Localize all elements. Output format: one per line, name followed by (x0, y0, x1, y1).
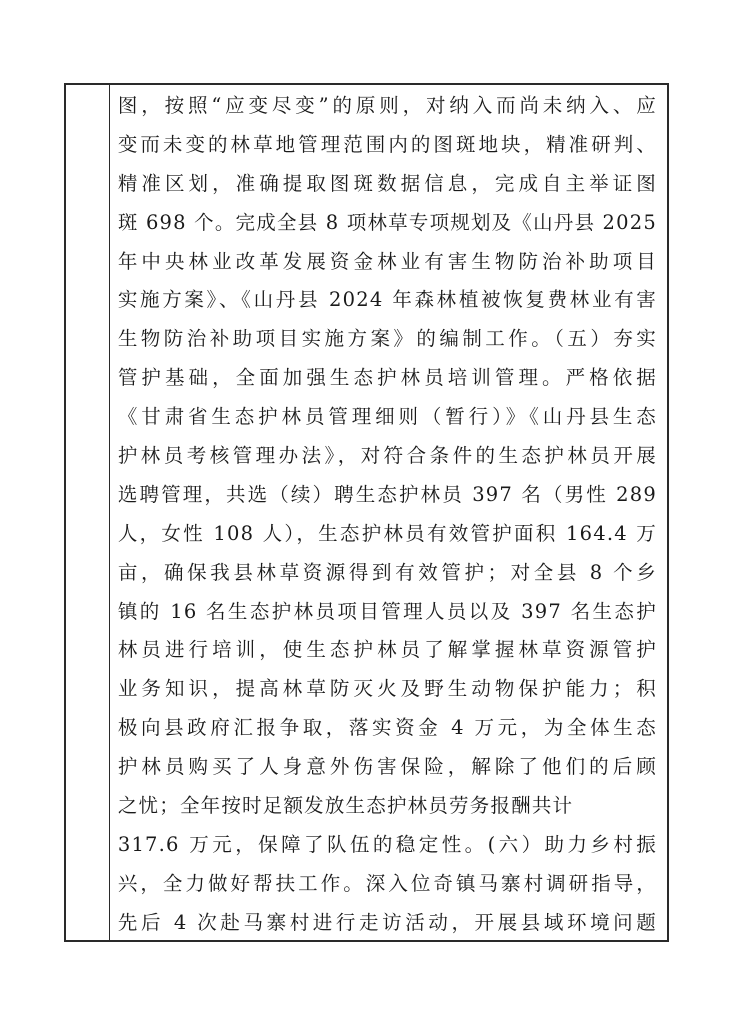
paragraph-line: 护林员购买了人身意外伤害保险，解除了他们的后顾 (118, 748, 657, 787)
paragraph-line: 斑 698 个。完成全县 8 项林草专项规划及《山丹县 2025 (118, 204, 657, 243)
paragraph-line: 精准区划，准确提取图斑数据信息，完成自主举证图 (118, 165, 657, 204)
paragraph-line: 人，女性 108 人），生态护林员有效管护面积 164.4 万 (118, 515, 657, 554)
paragraph-line: 先后 4 次赴马寨村进行走访活动，开展县域环境问题 (118, 904, 657, 943)
paragraph-line: 林员进行培训，使生态护林员了解掌握林草资源管护 (118, 631, 657, 670)
paragraph-line: 之忧；全年按时足额发放生态护林员劳务报酬共计 (118, 787, 657, 826)
paragraph-line: 《甘肃省生态护林员管理细则（暂行）》《山丹县生态 (118, 398, 657, 437)
paragraph-line: 317.6 万元，保障了队伍的稳定性。(六）助力乡村振 (118, 826, 657, 865)
paragraph-line: 图，按照“应变尽变”的原则，对纳入而尚未纳入、应 (118, 87, 657, 126)
paragraph-line: 护林员考核管理办法》，对符合条件的生态护林员开展 (118, 437, 657, 476)
paragraph-line: 镇的 16 名生态护林员项目管理人员以及 397 名生态护 (118, 593, 657, 632)
paragraph-line: 管护基础，全面加强生态护林员培训管理。严格依据 (118, 359, 657, 398)
paragraph-line: 亩，确保我县林草资源得到有效管护；对全县 8 个乡 (118, 554, 657, 593)
paragraph-line: 极向县政府汇报争取，落实资金 4 万元，为全体生态 (118, 709, 657, 748)
paragraph-line: 生物防治补助项目实施方案》的编制工作。（五）夯实 (118, 320, 657, 359)
paragraph-line: 变而未变的林草地管理范围内的图斑地块，精准研判、 (118, 126, 657, 165)
paragraph-line: 兴，全力做好帮扶工作。深入位奇镇马寨村调研指导， (118, 865, 657, 904)
paragraph-line: 选聘管理，共选（续）聘生态护林员 397 名（男性 289 (118, 476, 657, 515)
paragraph-line: 业务知识，提高林草防灭火及野生动物保护能力；积 (118, 670, 657, 709)
table-left-cell (66, 85, 110, 940)
table-right-cell: 图，按照“应变尽变”的原则，对纳入而尚未纳入、应变而未变的林草地管理范围内的图斑… (110, 85, 667, 940)
paragraph-line: 实施方案》、《山丹县 2024 年森林植被恢复费林业有害 (118, 281, 657, 320)
content-table: 图，按照“应变尽变”的原则，对纳入而尚未纳入、应变而未变的林草地管理范围内的图斑… (64, 83, 669, 942)
paragraph-line: 年中央林业改革发展资金林业有害生物防治补助项目 (118, 243, 657, 282)
